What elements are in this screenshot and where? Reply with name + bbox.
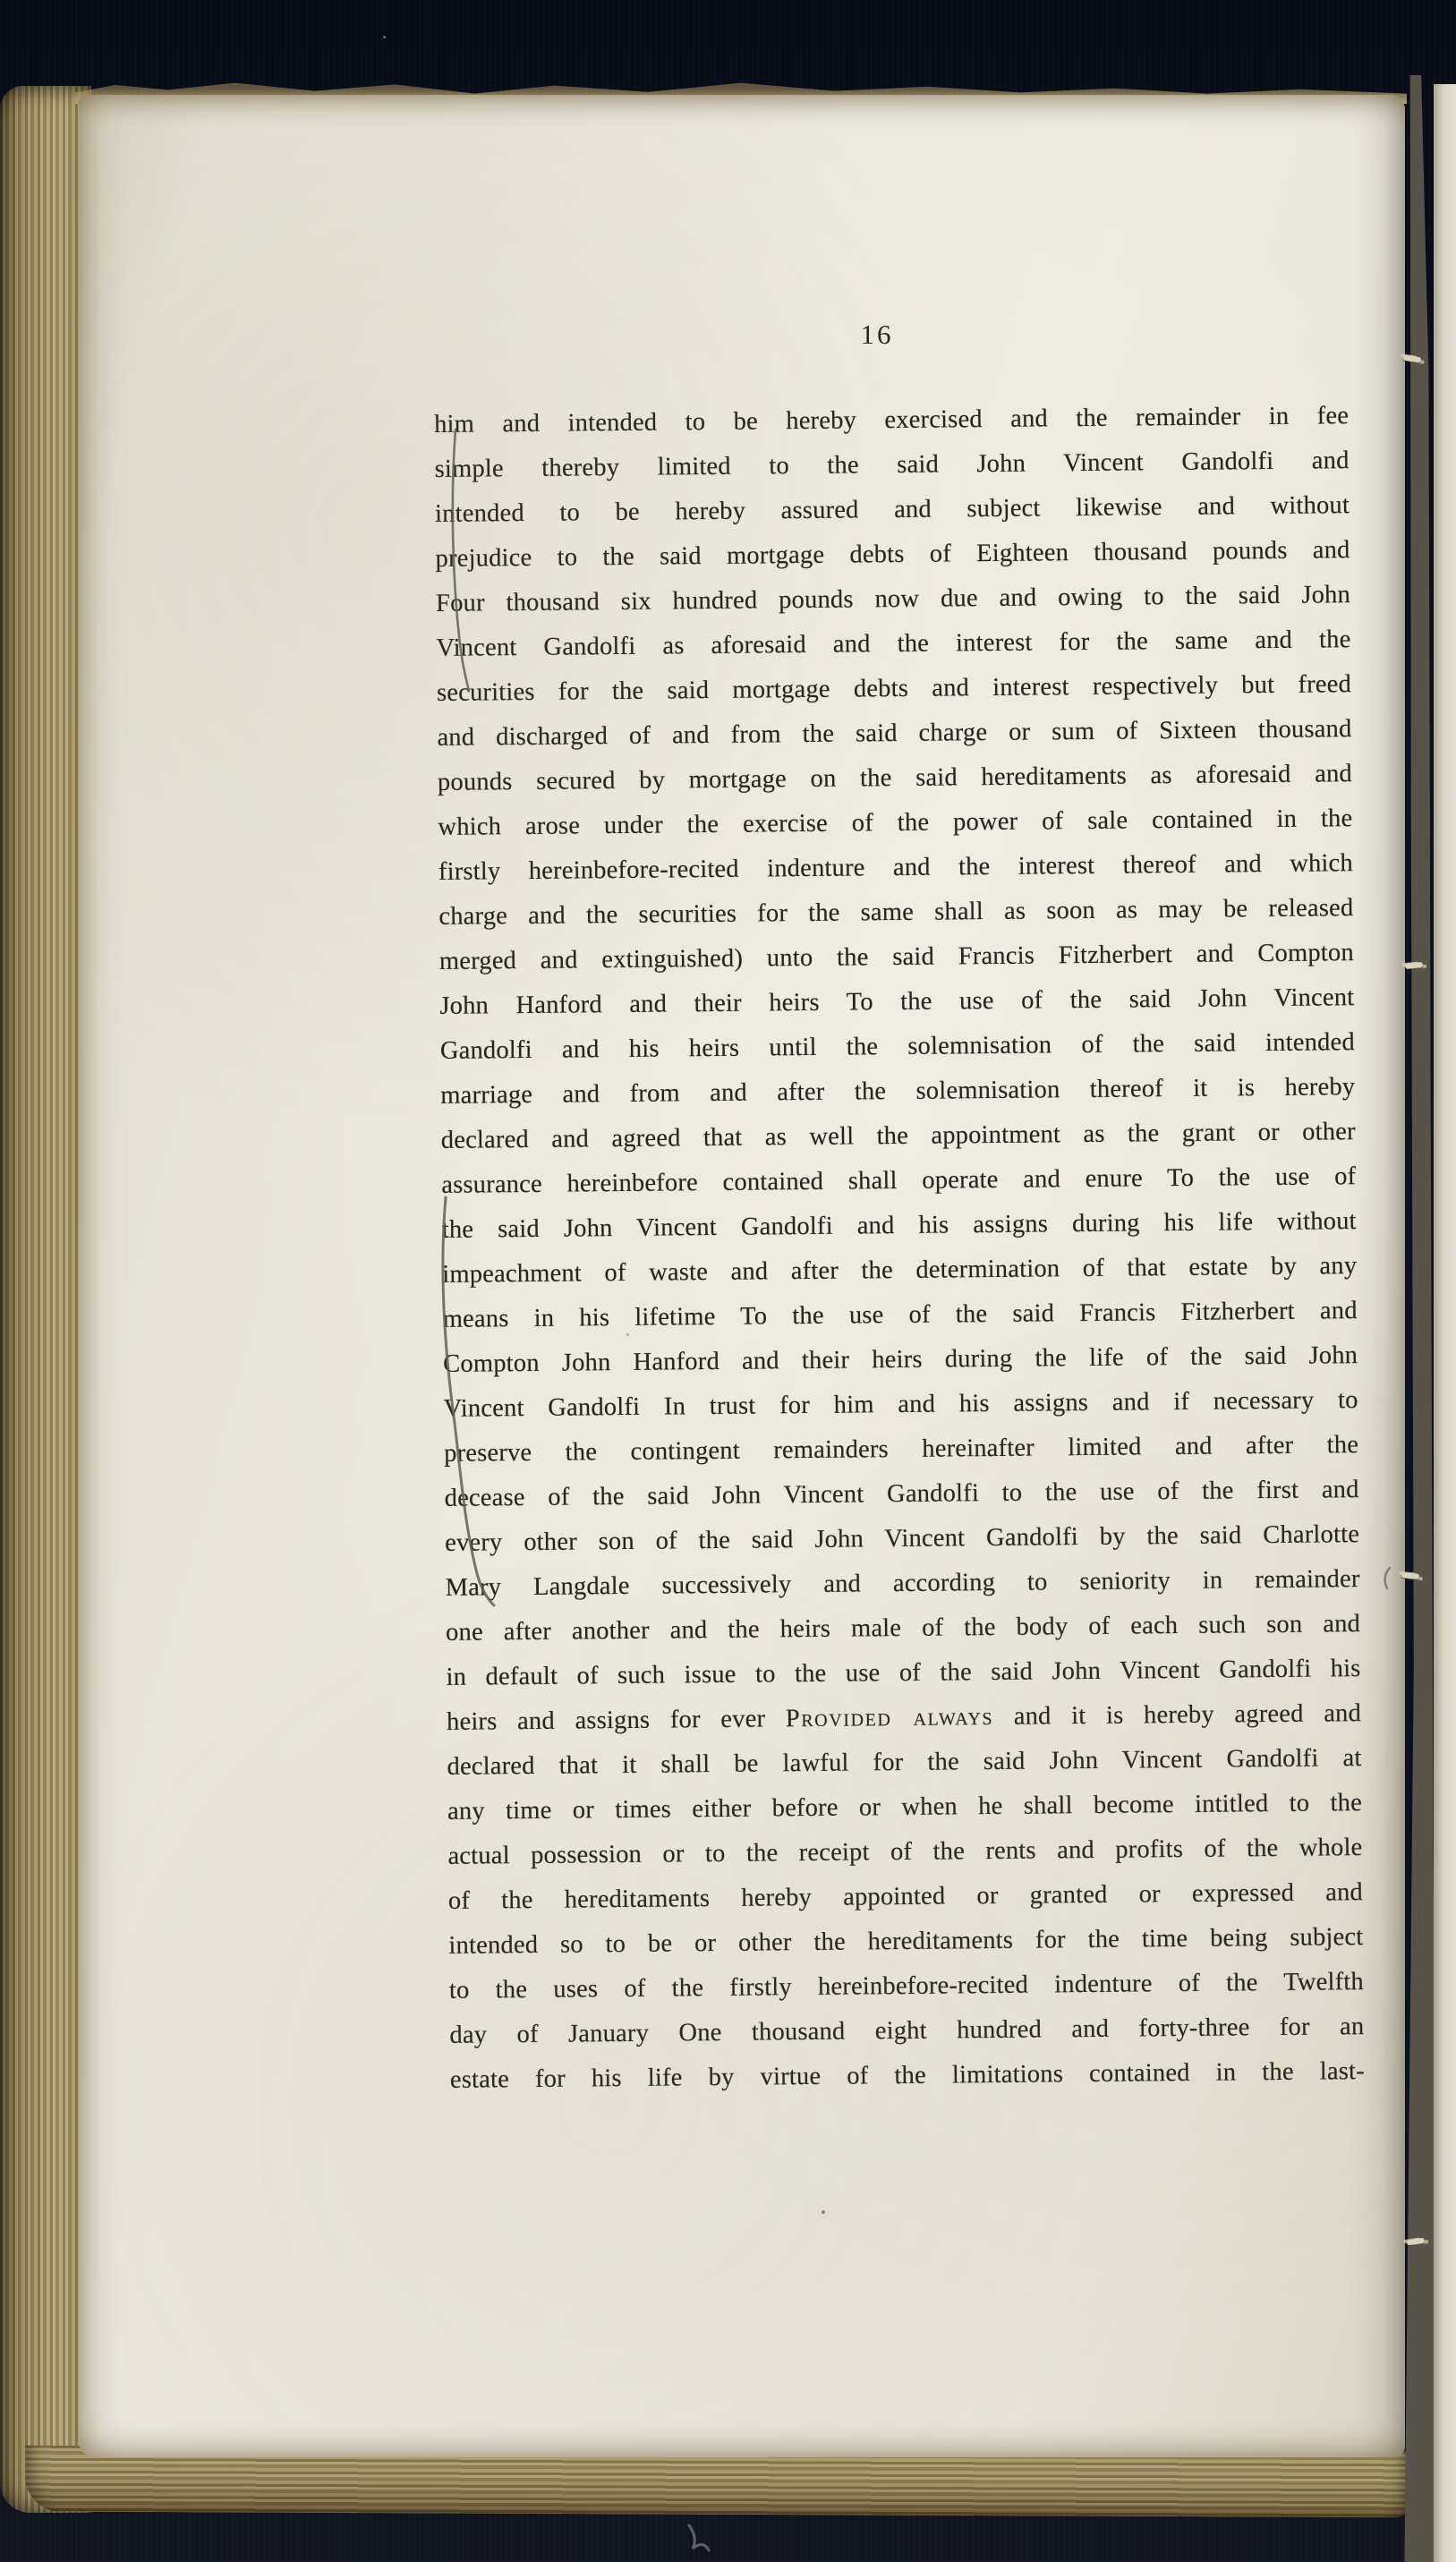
document-text: him and intended to be hereby exercised … <box>434 394 1365 2103</box>
page-number: 16 <box>841 319 913 351</box>
provided-clause-smallcaps: Provided always <box>786 1703 994 1732</box>
lint-thread <box>689 2525 709 2550</box>
text-line: estate for his life by virtue of the lim… <box>450 2049 1365 2103</box>
paper-speck <box>626 1333 629 1336</box>
provided-clause-post: and it is hereby agreed and <box>993 1699 1361 1731</box>
book-page: 16 him and intended to be hereby exercis… <box>79 95 1405 2457</box>
provided-clause-pre: heirs and assigns for ever <box>447 1705 786 1736</box>
next-page-edge <box>1434 84 1456 2562</box>
book-photo: 16 him and intended to be hereby exercis… <box>0 0 1456 2562</box>
paper-speck <box>822 2210 825 2214</box>
page-stack-left-edge <box>0 86 91 2513</box>
dust-speck <box>383 36 386 38</box>
paper-speck <box>1322 1045 1324 1048</box>
